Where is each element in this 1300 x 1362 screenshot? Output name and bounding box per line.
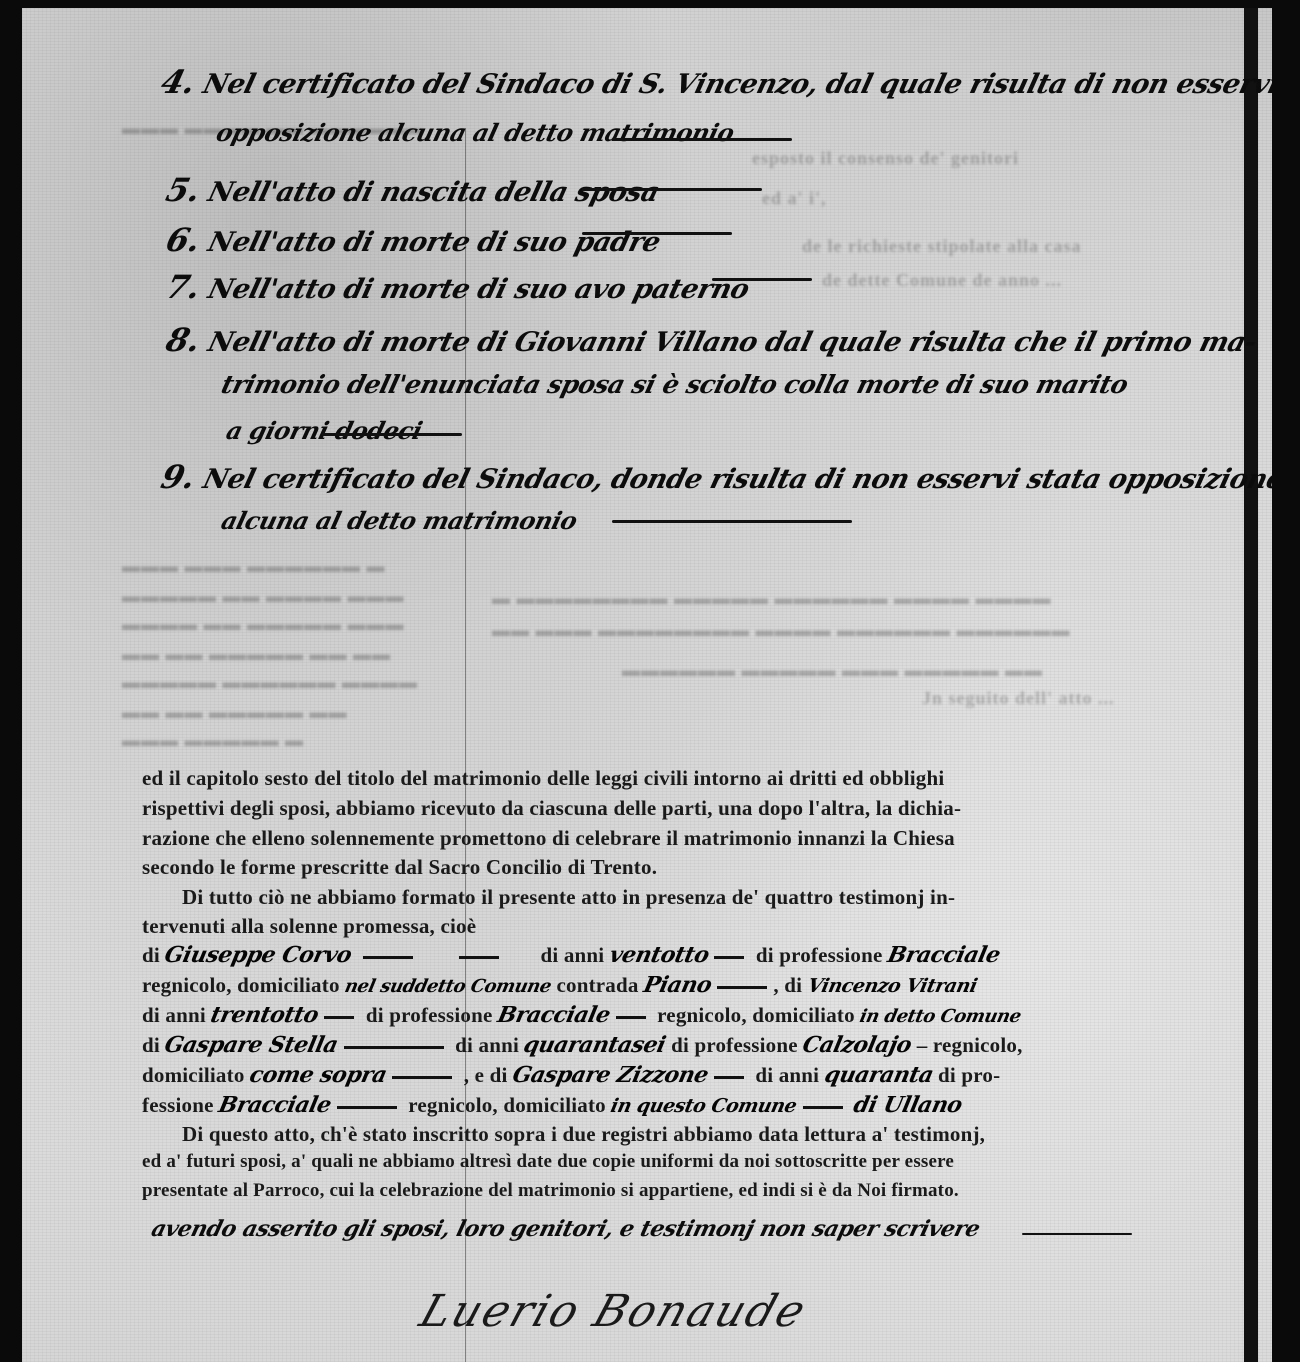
witness-profession: Calzolajo [800, 1032, 914, 1058]
witness-line-5: domiciliato come sopra , e di Gaspare Zi… [142, 1062, 1000, 1088]
ghost-text: Jn seguito dell' atto ... [922, 688, 1115, 709]
ghost-text: ▬▬▬▬▬ ▬▬▬▬▬▬ ▬▬▬▬ [122, 672, 418, 693]
handwritten-entry-8: 8.Nell'atto di morte di Giovanni Villano… [162, 321, 1261, 359]
closing-line: presentate al Parroco, cui la celebrazio… [142, 1180, 959, 1202]
fill-line [322, 433, 462, 436]
witness-profession: Bracciale [495, 1002, 612, 1028]
witness-age: quarantasei [522, 1032, 669, 1058]
printed-line: ed il capitolo sesto del titolo del matr… [142, 766, 944, 791]
fill-line [612, 520, 852, 523]
page-edge-shadow [1244, 8, 1258, 1362]
handwritten-entry-6: 6.Nell'atto di morte di suo padre [162, 221, 665, 259]
witness-line-2: regnicolo, domiciliato nel suddetto Comu… [142, 972, 976, 998]
witness-line-6: fessione Bracciale regnicolo, domiciliat… [142, 1092, 962, 1118]
fill-line [712, 278, 812, 281]
printed-line: rispettivi degli sposi, abbiamo ricevuto… [142, 796, 961, 821]
closing-line: ed a' futuri sposi, a' quali ne abbiamo … [142, 1151, 954, 1173]
witness-name: Gaspare Zizzone [510, 1062, 710, 1088]
ghost-text: de le richieste stipolate alla casa [802, 236, 1081, 257]
ghost-text: ▬▬ ▬▬ ▬▬▬▬▬ ▬▬ ▬▬ [122, 644, 391, 665]
witness-age: trentotto [209, 1002, 322, 1028]
fill-line [582, 188, 762, 191]
witness-name: Vincenzo Vitrani [805, 975, 978, 997]
ghost-text: ed a' i', [762, 188, 827, 209]
handwritten-entry-9-continued: alcuna al detto matrimonio [218, 506, 580, 535]
witness-profession: Bracciale [885, 942, 1002, 968]
ghost-text: ▬▬▬▬ ▬▬ ▬▬▬▬▬ ▬▬▬ [122, 614, 405, 635]
ghost-text: ▬ ▬▬▬▬▬▬▬▬ ▬▬▬▬▬ ▬▬▬▬▬▬ ▬▬▬▬ ▬▬▬▬ [492, 588, 1052, 609]
closing-line: Di questo atto, ch'è stato inscritto sop… [182, 1122, 985, 1147]
witness-town: di Ullano [851, 1092, 964, 1118]
printed-line: Di tutto ciò ne abbiamo formato il prese… [182, 885, 955, 910]
witness-residence: come sopra [247, 1062, 389, 1088]
ghost-text: esposto il consenso de' genitori [752, 148, 1019, 169]
witness-line-3: di anni trentotto di professione Braccia… [142, 1002, 1021, 1028]
witness-name: Gaspare Stella [163, 1032, 341, 1058]
ghost-text: ▬▬▬ ▬▬▬▬▬ ▬ [122, 730, 304, 751]
printed-line: tervenuti alla solenne promessa, cioè [142, 914, 476, 939]
handwritten-entry-8-continued: trimonio dell'enunciata sposa si è sciol… [218, 370, 1131, 399]
handwritten-entry-8-continued-2: a giorni dodeci [223, 416, 425, 445]
fold-line [465, 128, 466, 1362]
signature: Luerio Bonaude [414, 1286, 814, 1337]
ghost-text: ▬▬▬▬▬▬ ▬▬▬▬▬ ▬▬▬ ▬▬▬▬▬ ▬▬ [622, 660, 1043, 681]
fill-line [612, 138, 792, 141]
printed-line: secondo le forme prescritte dal Sacro Co… [142, 855, 657, 880]
printed-line: razione che elleno solennemente prometto… [142, 826, 955, 851]
witness-profession: Bracciale [216, 1092, 333, 1118]
ghost-text: de dette Comune de anno ... [822, 270, 1062, 291]
witness-line-4: di Gaspare Stella di anni quarantasei di… [142, 1032, 1023, 1058]
witness-age: ventotto [607, 942, 711, 968]
witness-residence: in questo Comune [609, 1095, 799, 1117]
fill-line [582, 232, 732, 235]
witness-age: quaranta [822, 1062, 935, 1088]
handwritten-entry-4: 4.Nel certificato del Sindaco di S. Vinc… [157, 63, 1272, 101]
scanned-document-page: ▬▬▬ ▬▬▬▬ ▬▬ ▬▬▬▬▬▬ esposto il consenso d… [22, 8, 1272, 1362]
handwritten-closing-note: avendo asserito gli sposi, loro genitori… [149, 1216, 983, 1242]
witness-street: Piano [641, 972, 714, 998]
ghost-text: ▬▬▬▬▬ ▬▬ ▬▬▬▬ ▬▬▬ [122, 586, 405, 607]
witness-line-1: di Giuseppe Corvo di anni ventotto di pr… [142, 942, 1000, 968]
ghost-text: ▬▬ ▬▬▬ ▬▬▬▬▬▬▬▬ ▬▬▬▬ ▬▬▬▬▬▬ ▬▬▬▬▬▬ [492, 620, 1071, 641]
ghost-text: ▬▬ ▬▬ ▬▬▬▬▬ ▬▬ [122, 702, 348, 723]
handwritten-entry-4-continued: opposizione alcuna al detto matrimonio [213, 118, 737, 147]
handwritten-entry-9: 9.Nel certificato del Sindaco, donde ris… [157, 458, 1272, 496]
witness-residence: nel suddetto Comune [343, 976, 553, 997]
witness-name: Giuseppe Corvo [163, 942, 355, 968]
ghost-text: ▬▬▬ ▬▬▬ ▬▬▬▬▬▬ ▬ [122, 556, 386, 577]
handwritten-entry-7: 7.Nell'atto di morte di suo avo paterno [162, 268, 754, 306]
witness-residence: in detto Comune [858, 1006, 1023, 1027]
fill-line [1022, 1233, 1132, 1235]
